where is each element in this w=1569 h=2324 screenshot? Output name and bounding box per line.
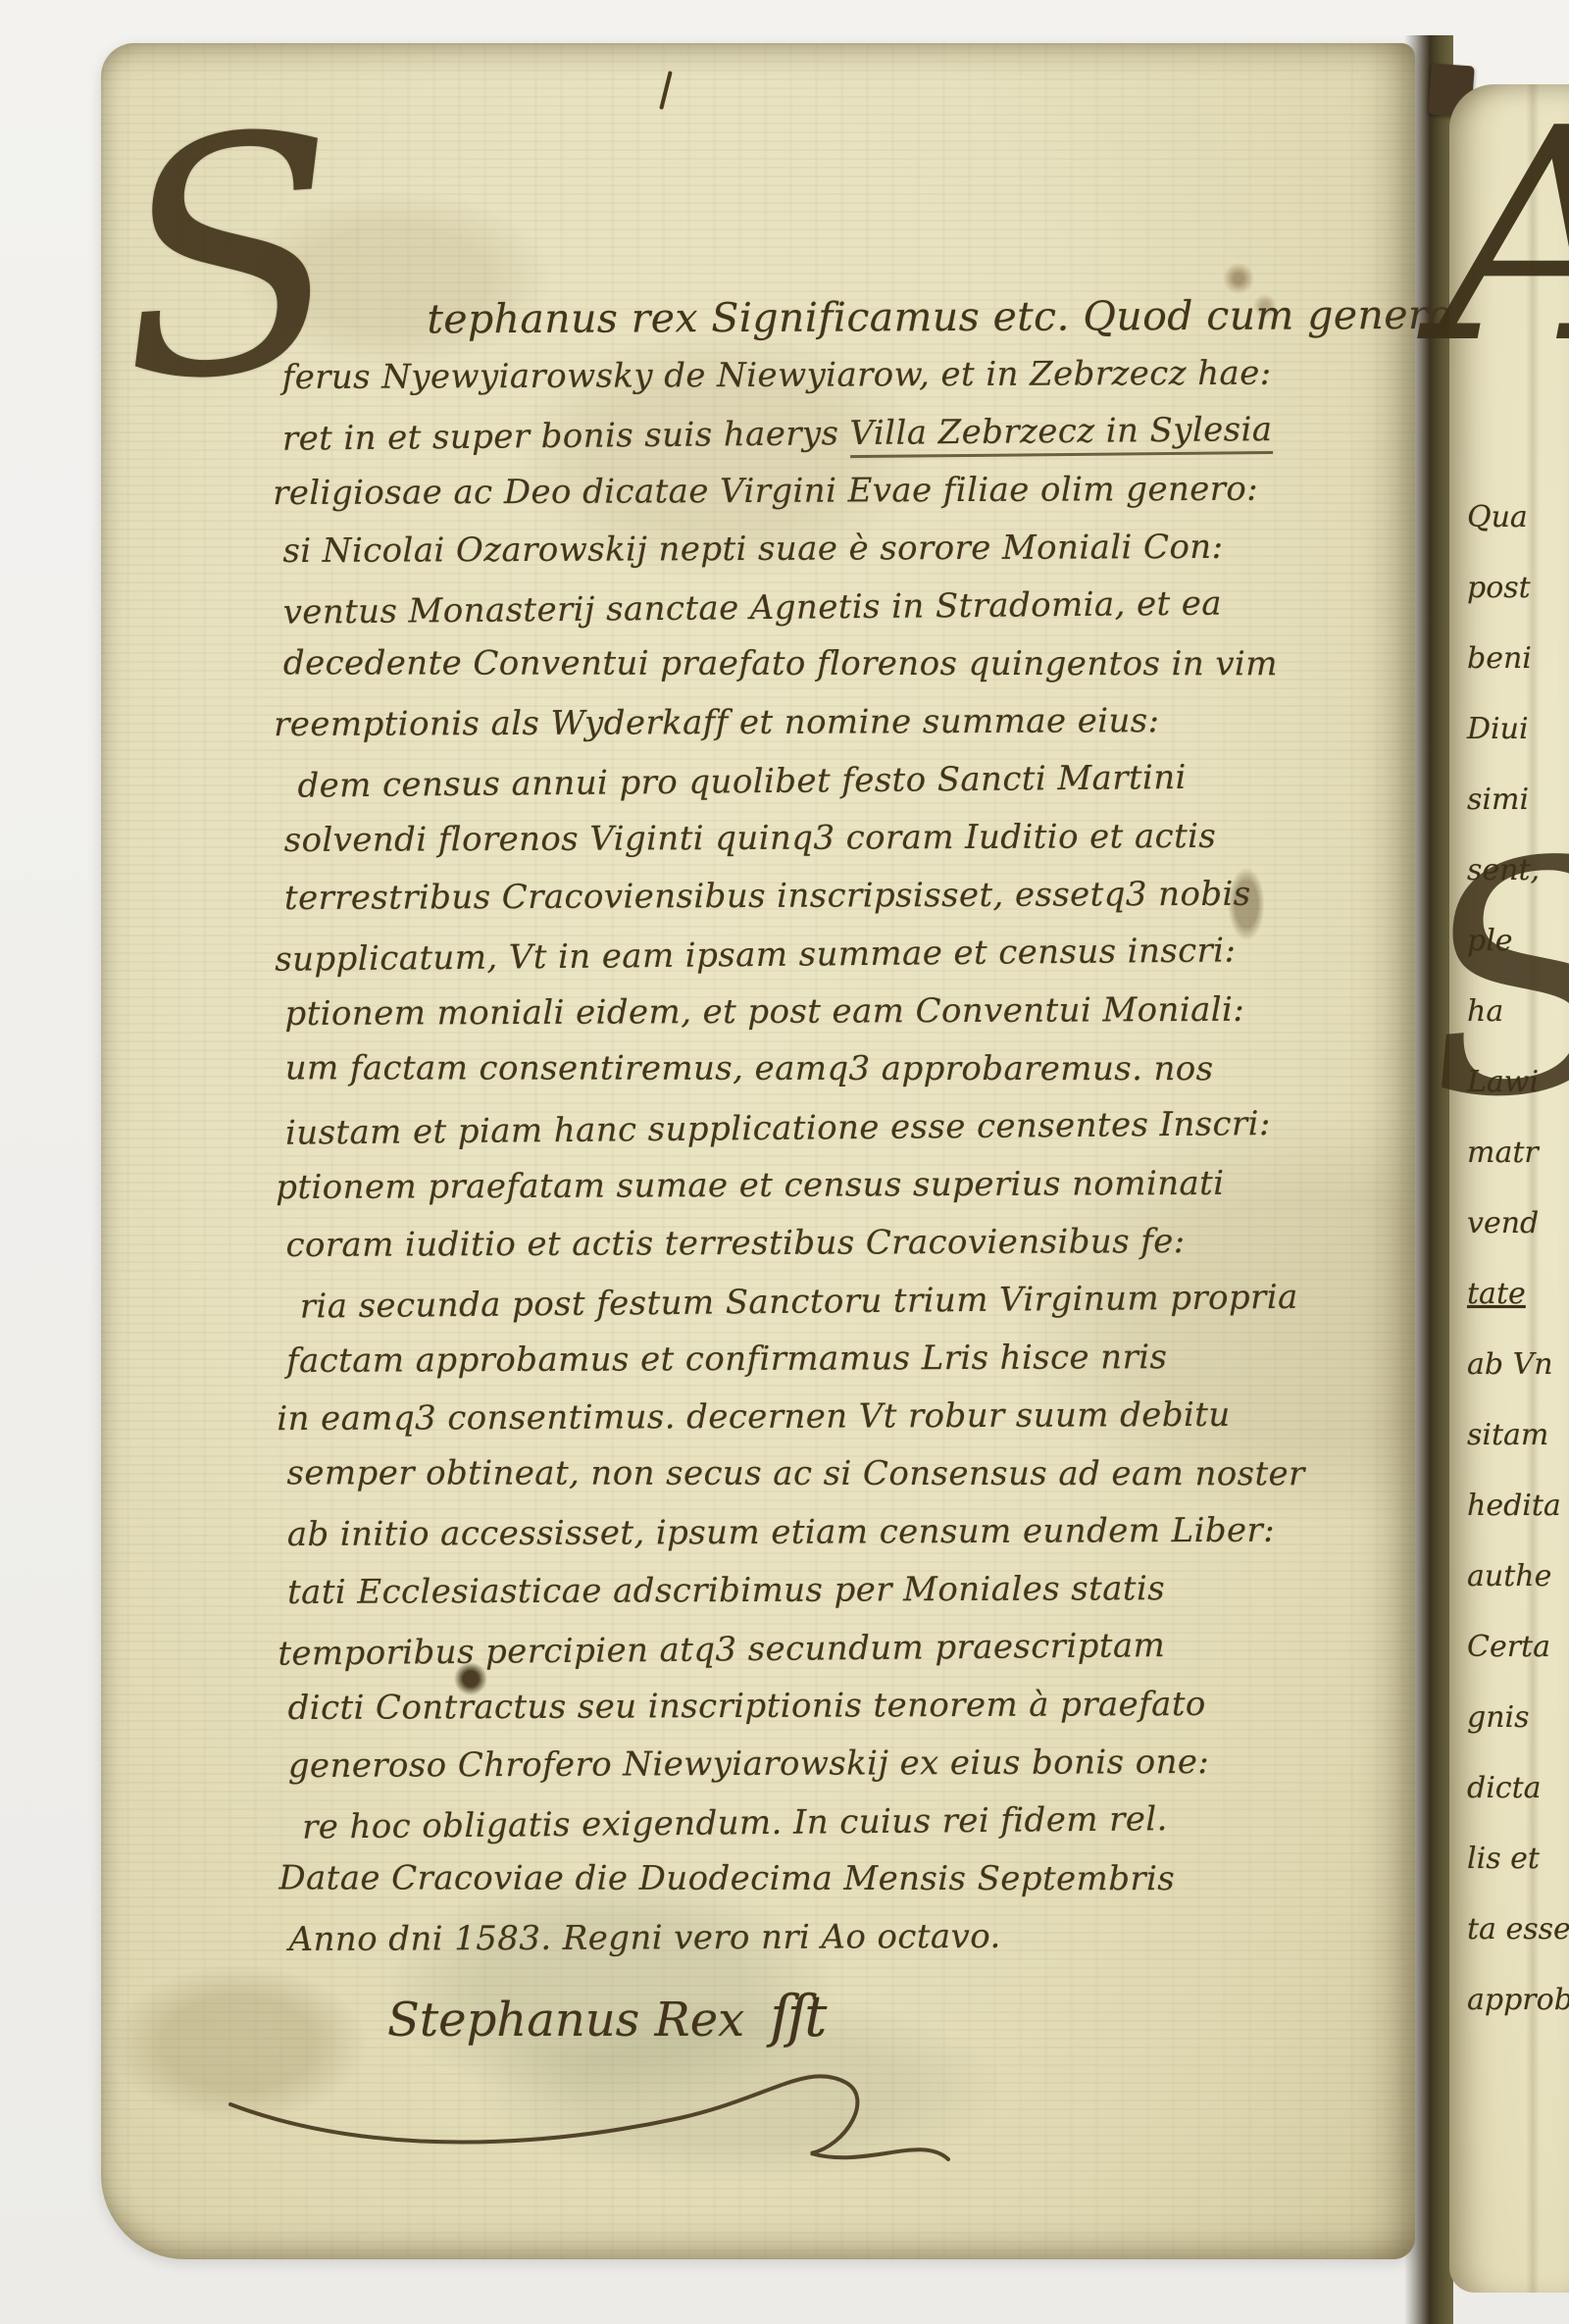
manuscript-line: tephanus rex Significamus etc. Quod cum … [281,285,1569,349]
underlined-phrase: Villa Zebrzecz in Sylesia [849,410,1272,458]
line-fragment: ab Vn [1467,1330,1569,1400]
manuscript-line: religiosae ac Deo dicatae Virgini Evae f… [273,459,1569,523]
line-fragment: simi [1467,765,1569,835]
manuscript-line: ferus Nyewyiarowsky de Niewyiarow, et in… [282,343,1569,407]
line-fragment: dicta [1467,1753,1569,1824]
manuscript-line: decedente Conventui praefato florenos qu… [283,634,1569,693]
signature-name: Stephanus Rex [387,1993,744,2047]
manuscript-line: ria secunda post festum Sanctoru trium V… [300,1265,1569,1336]
line-fragment: ha [1467,977,1569,1047]
line-fragment: hedita [1467,1471,1569,1541]
line-fragment: Lawi [1467,1047,1569,1118]
line-fragment: vend [1467,1188,1569,1259]
line-fragment: Qua [1467,482,1569,553]
manuscript-line: ret in et super bonis suis haerys Villa … [282,397,1569,468]
line-fragment: tate [1467,1259,1569,1330]
manuscript-line: Anno dni 1583. Regni vero nri Ao octavo. [288,1905,1569,1969]
line-text: ret in et super bonis suis haerys [282,414,850,459]
manuscript-line: coram iuditio et actis terrestibus Craco… [285,1211,1569,1275]
line-fragment: beni [1467,624,1569,694]
line-fragment: lis et [1467,1824,1569,1895]
line-fragment: sent, [1467,835,1569,906]
manuscript-line: in eamq3 consentimus. decernen Vt robur … [277,1385,1569,1448]
manuscript-line: re hoc obligatis exigendum. In cuius rei… [302,1786,1569,1856]
royal-signature: Stephanus Rexſſt [387,1983,823,2049]
manuscript-line: semper obtineat, non secus ac si Consens… [287,1444,1569,1503]
facing-page-line-fragments: Qua post beni Diui simi sent, ple ha Law… [1467,482,1569,2036]
manuscript-line: reemptionis als Wyderkaff et nomine summ… [274,690,1569,754]
manuscript-scan: S tephanus rex Significamus etc. Quod cu… [0,0,1569,2324]
line-fragment: matr [1467,1118,1569,1188]
manuscript-line: terrestribus Cracoviensibus inscripsisse… [284,864,1569,928]
facing-decorated-initial-a: A [1440,90,1569,384]
manuscript-line: dem census annui pro quolibet festo Sanc… [297,744,1569,815]
manuscript-line: ab initio accessisset, ipsum etiam censu… [287,1500,1569,1564]
manuscript-line: ventus Monasterij sanctae Agnetis in Str… [282,571,1569,641]
manuscript-line: supplicatum, Vt in eam ipsam summae et c… [275,918,1569,988]
manuscript-line: tati Ecclesiasticae adscribimus per Moni… [287,1558,1569,1622]
line-fragment: ple [1467,906,1569,977]
manuscript-line: iustam et piam hanc supplicatione esse c… [285,1091,1569,1162]
manuscript-line: ptionem moniali eidem, et post eam Conve… [284,980,1569,1043]
line-fragment: authe [1467,1541,1569,1612]
manuscript-line: temporibus percipien atq3 secundum praes… [278,1612,1569,1683]
line-fragment: approb [1467,1965,1569,2036]
manuscript-page: S tephanus rex Significamus etc. Quod cu… [101,43,1415,2259]
line-fragment: sitam [1467,1400,1569,1471]
manuscript-line: dicti Contractus seu inscriptionis tenor… [287,1674,1569,1738]
line-fragment: post [1467,553,1569,624]
signature-flourish [219,2044,964,2191]
manuscript-text-block: tephanus rex Significamus etc. Quod cum … [281,285,1569,1969]
manuscript-line: ptionem praefatam sumae et census superi… [276,1153,1569,1217]
manuscript-line: Datae Cracoviae die Duodecima Mensis Sep… [278,1849,1569,1908]
line-fragment: Certa [1467,1612,1569,1683]
manuscript-line: solvendi florenos Viginti quinq3 coram I… [284,806,1569,870]
line-fragment: ta esse [1467,1895,1569,1965]
manuscript-line: si Nicolai Ozarowskij nepti suae è soror… [282,517,1569,581]
manuscript-line: generoso Chrofero Niewyiarowskij ex eius… [288,1732,1569,1795]
ink-slash-mark [659,71,673,110]
manuscript-line: factam approbamus et confirmamus Lris hi… [286,1327,1569,1390]
line-fragment: gnis [1467,1683,1569,1753]
signature-paraph: ſſt [770,1983,823,2049]
line-fragment: Diui [1467,694,1569,765]
manuscript-line: um factam consentiremus, eamq3 approbare… [285,1039,1569,1098]
